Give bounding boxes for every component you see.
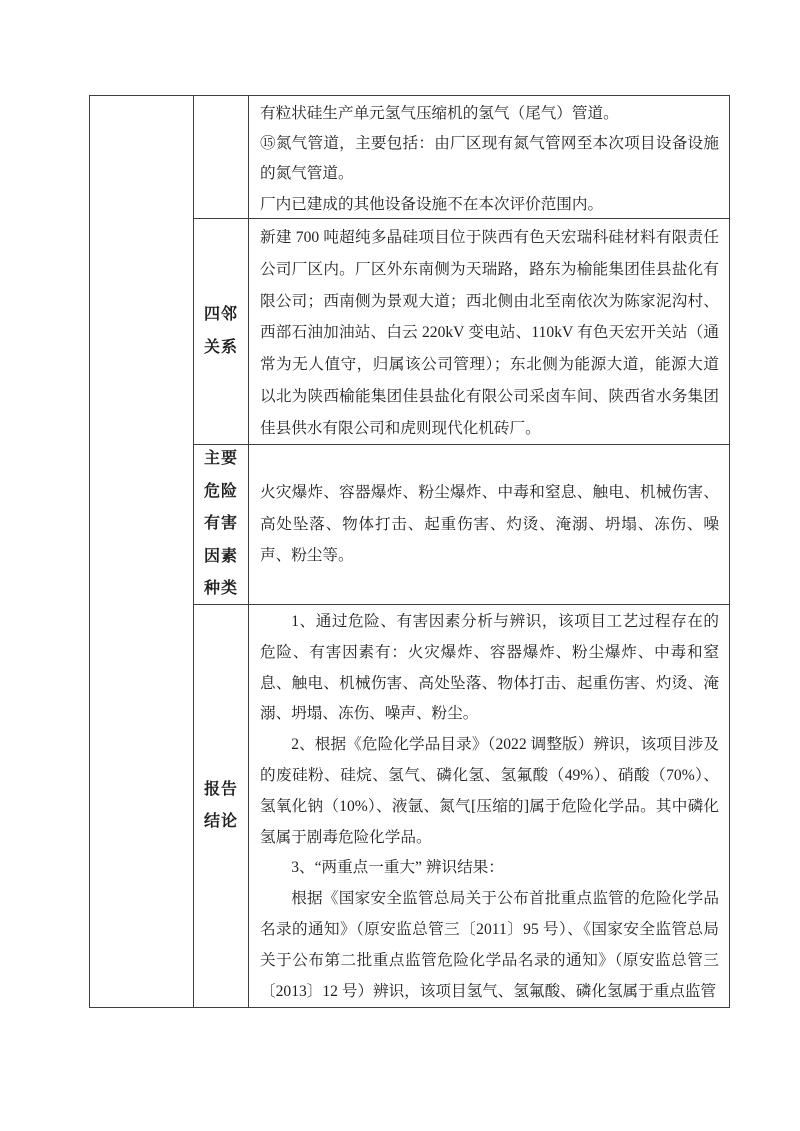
paragraph: 新建 700 吨超纯多晶硅项目位于陕西有色天宏瑞科硅材料有限责任公司厂区内。厂区… — [260, 222, 719, 444]
row1-evaluation-scope-content: 有粒状硅生产单元氢气压缩机的氢气（尾气）管道。 ⑮氮气管道，主要包括：由厂区现有… — [249, 96, 729, 218]
label-line: 种类 — [204, 573, 238, 605]
label-line: 关系 — [204, 332, 238, 364]
label-line: 结论 — [204, 806, 238, 838]
table-left-merged-cell — [90, 96, 194, 1007]
paragraph: 2、根据《危险化学品目录》（2022 调整版）辨识，该项目涉及的废硅粉、硅烷、氢… — [260, 730, 719, 853]
row2-surroundings-label: 四邻 关系 — [194, 218, 249, 444]
label-line: 有害 — [204, 508, 238, 540]
row4-report-conclusion-content: 1、通过危险、有害因素分析与辨识，该项目工艺过程存在的危险、有害因素有：火灾爆炸… — [249, 604, 729, 1007]
label-line: 报告 — [204, 774, 238, 806]
paragraph: 有粒状硅生产单元氢气压缩机的氢气（尾气）管道。 — [260, 99, 719, 129]
row3-hazard-types-label: 主要 危险 有害 因素 种类 — [194, 444, 249, 604]
paragraph: ⑮氮气管道，主要包括：由厂区现有氮气管网至本次项目设备设施的氮气管道。 — [260, 129, 719, 189]
document-page: 有粒状硅生产单元氢气压缩机的氢气（尾气）管道。 ⑮氮气管道，主要包括：由厂区现有… — [0, 0, 800, 1131]
row2-surroundings-content: 新建 700 吨超纯多晶硅项目位于陕西有色天宏瑞科硅材料有限责任公司厂区内。厂区… — [249, 218, 729, 444]
paragraph: 根据《国家安全监管总局关于公布首批重点监管的危险化学品名录的通知》（原安监总管三… — [260, 884, 719, 1007]
row1-label-cell-empty — [194, 96, 249, 218]
paragraph: 3、“两重点一重大” 辨识结果： — [260, 853, 719, 884]
paragraph: 火灾爆炸、容器爆炸、粉尘爆炸、中毒和窒息、触电、机械伤害、高处坠落、物体打击、起… — [260, 477, 719, 572]
row4-report-conclusion-label: 报告 结论 — [194, 604, 249, 1007]
safety-report-table: 有粒状硅生产单元氢气压缩机的氢气（尾气）管道。 ⑮氮气管道，主要包括：由厂区现有… — [89, 95, 730, 1008]
paragraph: 厂内已建成的其他设备设施不在本次评价范围内。 — [260, 190, 719, 218]
label-line: 四邻 — [204, 299, 238, 331]
paragraph: 1、通过危险、有害因素分析与辨识，该项目工艺过程存在的危险、有害因素有：火灾爆炸… — [260, 607, 719, 730]
label-line: 危险 — [204, 476, 238, 508]
label-line: 因素 — [204, 541, 238, 573]
label-line: 主要 — [204, 443, 238, 475]
row3-hazard-types-content: 火灾爆炸、容器爆炸、粉尘爆炸、中毒和窒息、触电、机械伤害、高处坠落、物体打击、起… — [249, 444, 729, 604]
